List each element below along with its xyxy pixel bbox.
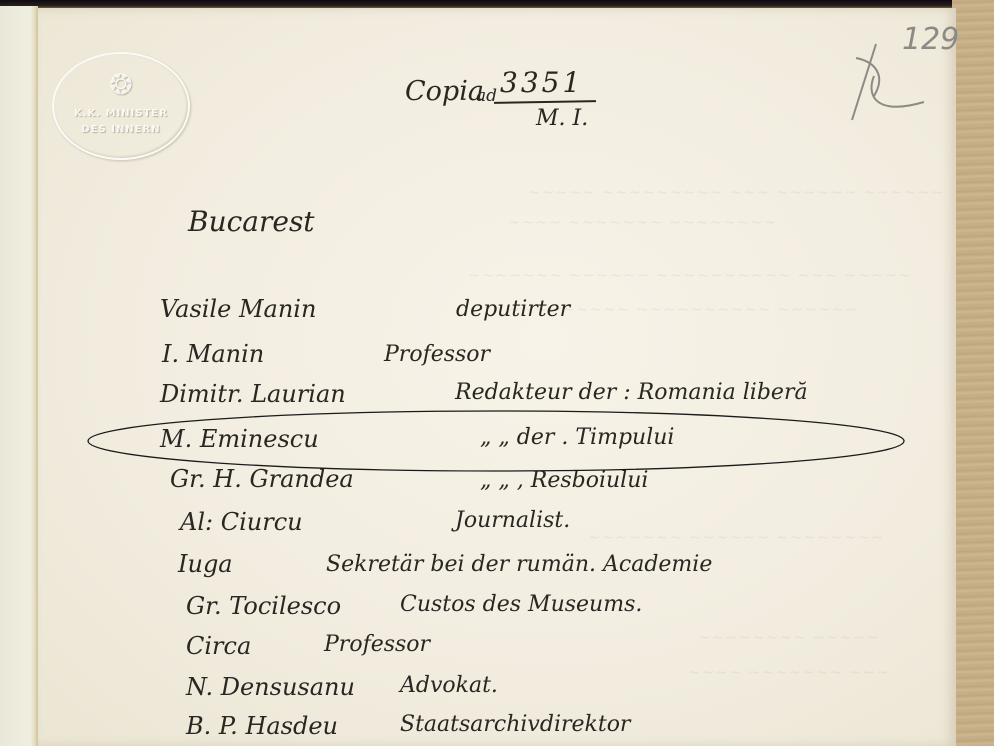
underlying-page-edge — [0, 6, 38, 746]
stamp-line-2: DES INNERN — [54, 124, 188, 135]
entry-role: Professor — [384, 342, 490, 367]
entry-name: I. Manin — [162, 340, 264, 368]
copia-label: Copia — [405, 76, 484, 107]
entry-role: Journalist. — [455, 508, 570, 533]
entry-name: Gr. Tocilesco — [186, 592, 341, 620]
embossed-ministry-stamp: ❂ K.K. MINISTER DES INNERN — [52, 52, 190, 160]
binding-edge — [0, 0, 960, 8]
entry-role: deputirter — [456, 297, 570, 322]
entry-name: Circa — [186, 632, 251, 660]
cardboard-binding — [952, 0, 994, 746]
entry-name: N. Densusanu — [186, 673, 355, 701]
entry-name: B. P. Hasdeu — [186, 712, 338, 740]
entry-role: Advokat. — [400, 673, 498, 698]
entry-name: Iuga — [178, 550, 233, 578]
stamp-line-1: K.K. MINISTER — [54, 108, 188, 119]
ellipse-highlight-annotation — [84, 403, 908, 483]
entry-role: Staatsarchivdirektor — [400, 712, 630, 737]
entry-name: Al: Ciurcu — [180, 508, 303, 536]
reference-number: 3351 — [500, 66, 583, 99]
entry-role: Sekretär bei der rumän. Academie — [326, 552, 712, 577]
entry-role: Redakteur der : Romania liberă — [455, 380, 808, 405]
entry-role: Custos des Museums. — [400, 592, 642, 617]
reference-sub: M. I. — [536, 106, 588, 131]
city-heading: Bucarest — [188, 205, 315, 238]
folio-number: 129 — [902, 22, 959, 57]
entry-role: Professor — [324, 632, 430, 657]
entry-name: Vasile Manin — [160, 295, 316, 323]
double-headed-eagle-icon: ❂ — [109, 68, 132, 101]
